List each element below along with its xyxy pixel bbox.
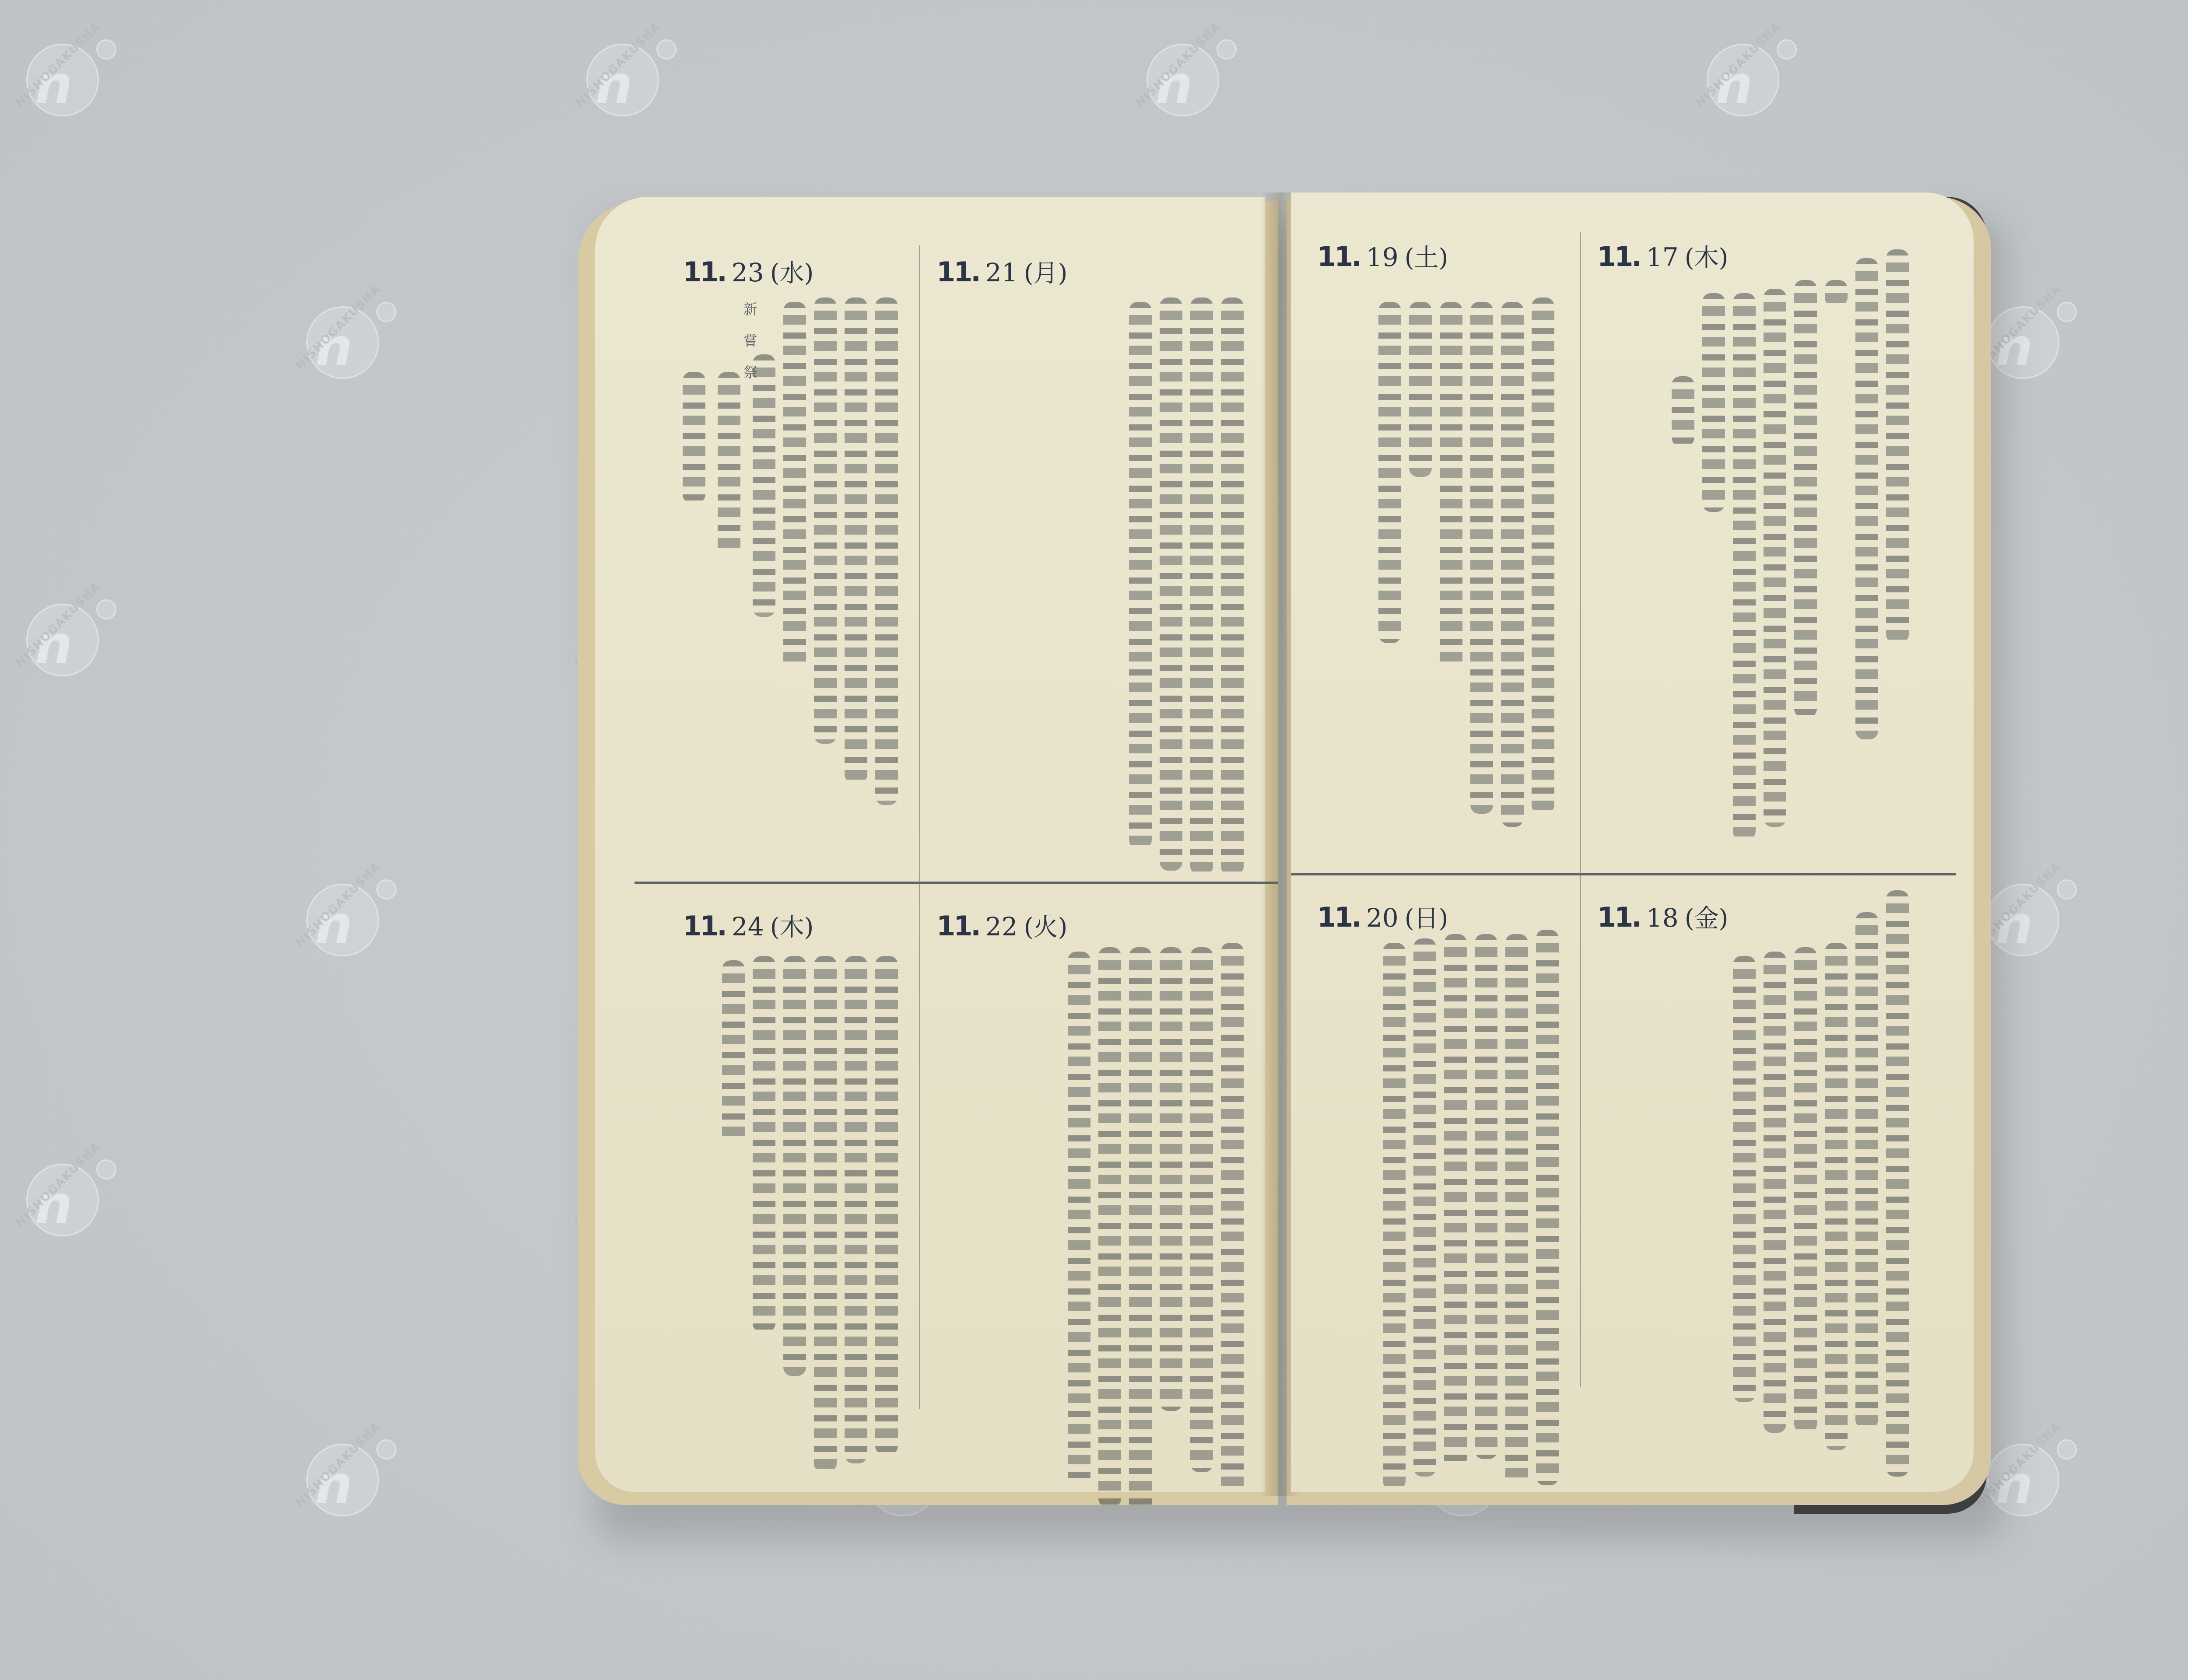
day-cell-11-22: 11. 22 (火) bbox=[919, 882, 1265, 1494]
handwritten-entry bbox=[1580, 873, 1965, 1490]
handwritten-entry bbox=[1291, 873, 1580, 1490]
day-cell-11-19: 11. 19 (土) bbox=[1291, 192, 1580, 873]
day-cell-11-20: 11. 20 (日) bbox=[1291, 873, 1580, 1490]
watermark-logo: nNISHOGAKUSHA bbox=[9, 577, 109, 678]
day-cell-11-17: 11. 17 (木) bbox=[1580, 192, 1965, 873]
handwritten-entry bbox=[919, 882, 1265, 1494]
watermark-logo: nNISHOGAKUSHA bbox=[289, 857, 389, 958]
day-cell-11-23: 11. 23 (水) 新嘗祭 bbox=[595, 197, 919, 882]
watermark-logo: nNISHOGAKUSHA bbox=[9, 17, 109, 118]
handwritten-entry bbox=[919, 197, 1265, 882]
watermark-logo: nNISHOGAKUSHA bbox=[289, 280, 389, 381]
day-cell-11-18: 11. 18 (金) bbox=[1580, 873, 1965, 1490]
handwritten-entry bbox=[1580, 192, 1965, 873]
open-diary: 11. 23 (水) 新嘗祭 11. 21 (月) bbox=[578, 192, 2004, 1531]
handwritten-entry bbox=[595, 197, 919, 882]
handwritten-entry bbox=[1291, 192, 1580, 873]
right-page: 11. 19 (土) 11. 17 (木) bbox=[1291, 192, 1974, 1492]
watermark-logo: nNISHOGAKUSHA bbox=[1689, 17, 1790, 118]
day-cell-11-24: 11. 24 (木) bbox=[595, 882, 919, 1494]
day-cell-11-21: 11. 21 (月) bbox=[919, 197, 1265, 882]
watermark-logo: nNISHOGAKUSHA bbox=[9, 1137, 109, 1238]
watermark-logo: nNISHOGAKUSHA bbox=[1129, 17, 1230, 118]
watermark-logo: nNISHOGAKUSHA bbox=[569, 17, 670, 118]
left-page: 11. 23 (水) 新嘗祭 11. 21 (月) bbox=[595, 197, 1265, 1492]
watermark-logo: nNISHOGAKUSHA bbox=[289, 1417, 389, 1518]
handwritten-entry bbox=[595, 882, 919, 1494]
